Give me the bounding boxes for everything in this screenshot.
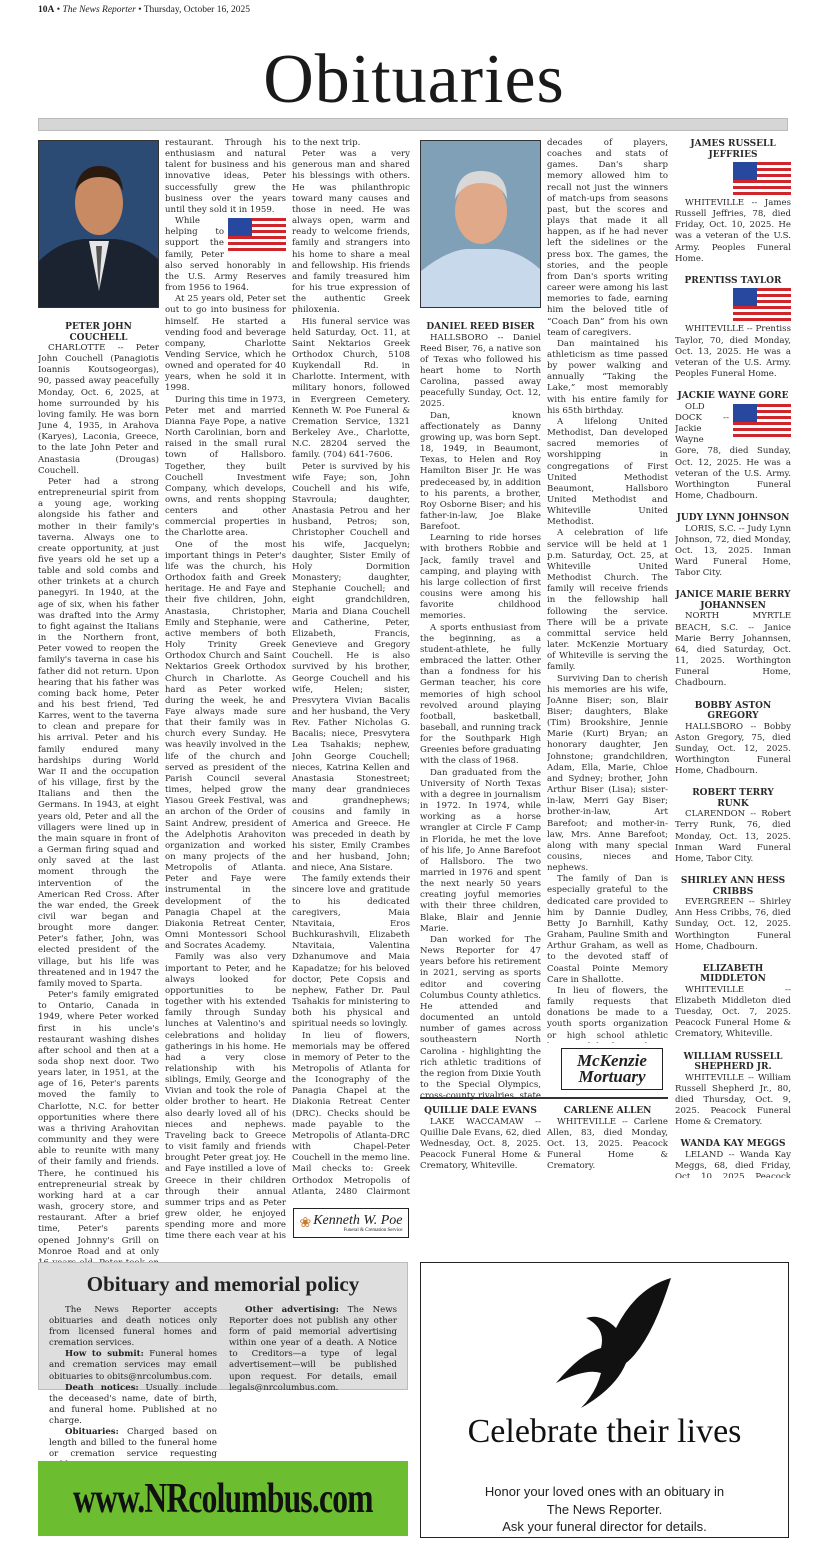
obituary-biser-col1: DANIEL REED BISER HALLSBORO -- Daniel Re… (420, 320, 541, 1100)
page-title: Obituaries (0, 40, 828, 120)
website-banner[interactable]: www.NRcolumbus.com (38, 1461, 408, 1536)
american-flag-icon (733, 288, 791, 322)
american-flag-icon (733, 162, 791, 196)
policy-title: Obituary and memorial policy (49, 1272, 397, 1297)
death-notice: JUDY LYNN JOHNSONLORIS, S.C. -- Judy Lyn… (675, 513, 791, 579)
obituary-couchell-col1: PETER JOHN COUCHELL CHARLOTTE -- Peter J… (38, 320, 159, 1265)
death-notice: JACKIE WAYNE GOREOLD DOCK -- Jackie Wayn… (675, 391, 791, 502)
obituary-name: PETER JOHN COUCHELL (38, 322, 159, 343)
death-notice: WANDA KAY MEGGSLELAND -- Wanda Kay Meggs… (675, 1139, 791, 1178)
death-notice: ROBERT TERRY RUNKCLARENDON -- Robert Ter… (675, 788, 791, 865)
obituary-couchell-col2: restaurant. Through his enthusiasm and n… (165, 138, 286, 1238)
website-url[interactable]: www.NRcolumbus.com (73, 1475, 373, 1523)
obituary-allen: CARLENE ALLEN WHITEVILLE -- Carlene Alle… (547, 1104, 668, 1184)
death-notice: SHIRLEY ANN HESS CRIBBSEVERGREEN -- Shir… (675, 876, 791, 953)
death-notice: WILLIAM RUSSELL SHEPHERD JR.WHITEVILLE -… (675, 1052, 791, 1129)
celebrate-lives-ad: Celebrate their lives Honor your loved o… (420, 1262, 789, 1538)
obituary-couchell-col3: to the next trip. Peter was a very gener… (292, 138, 410, 1198)
mckenzie-mortuary-logo: McKenzie Mortuary (561, 1048, 663, 1090)
american-flag-icon (733, 404, 791, 438)
photo-daniel-biser (420, 140, 541, 308)
obituary-name: DANIEL REED BISER (420, 322, 541, 333)
obituary-policy-box: Obituary and memorial policy The News Re… (38, 1262, 408, 1390)
ad-title: Celebrate their lives (421, 1413, 788, 1451)
death-notice: ELIZABETH MIDDLETONWHITEVILLE -- Elizabe… (675, 964, 791, 1041)
death-notice: JAMES RUSSELL JEFFRIESWHITEVILLE -- Jame… (675, 139, 791, 265)
dove-icon (541, 1273, 681, 1413)
death-notice: BOBBY ASTON GREGORYHALLSBORO -- Bobby As… (675, 701, 791, 778)
obituary-evans: QUILLIE DALE EVANS LAKE WACCAMAW -- Quil… (420, 1104, 541, 1184)
photo-peter-couchell (38, 140, 159, 308)
death-notices-sidebar: JAMES RUSSELL JEFFRIESWHITEVILLE -- Jame… (675, 128, 791, 1178)
leaf-icon: ❀ (299, 1215, 311, 1231)
ad-subtitle: Honor your loved ones with an obituary i… (421, 1483, 788, 1536)
death-notice: JANICE MARIE BERRY JOHANNSENNORTH MYRTLE… (675, 590, 791, 689)
death-notice: PRENTISS TAYLORWHITEVILLE -- Prentiss Ta… (675, 276, 791, 380)
divider (420, 1097, 668, 1099)
kenneth-poe-logo: ❀ Kenneth W. Poe Funeral & Cremation Ser… (293, 1208, 409, 1238)
folio: 10A • The News Reporter • Thursday, Octo… (38, 5, 250, 15)
american-flag-icon (228, 218, 286, 252)
obituary-biser-col2: decades of players, coaches and stats of… (547, 138, 668, 1043)
